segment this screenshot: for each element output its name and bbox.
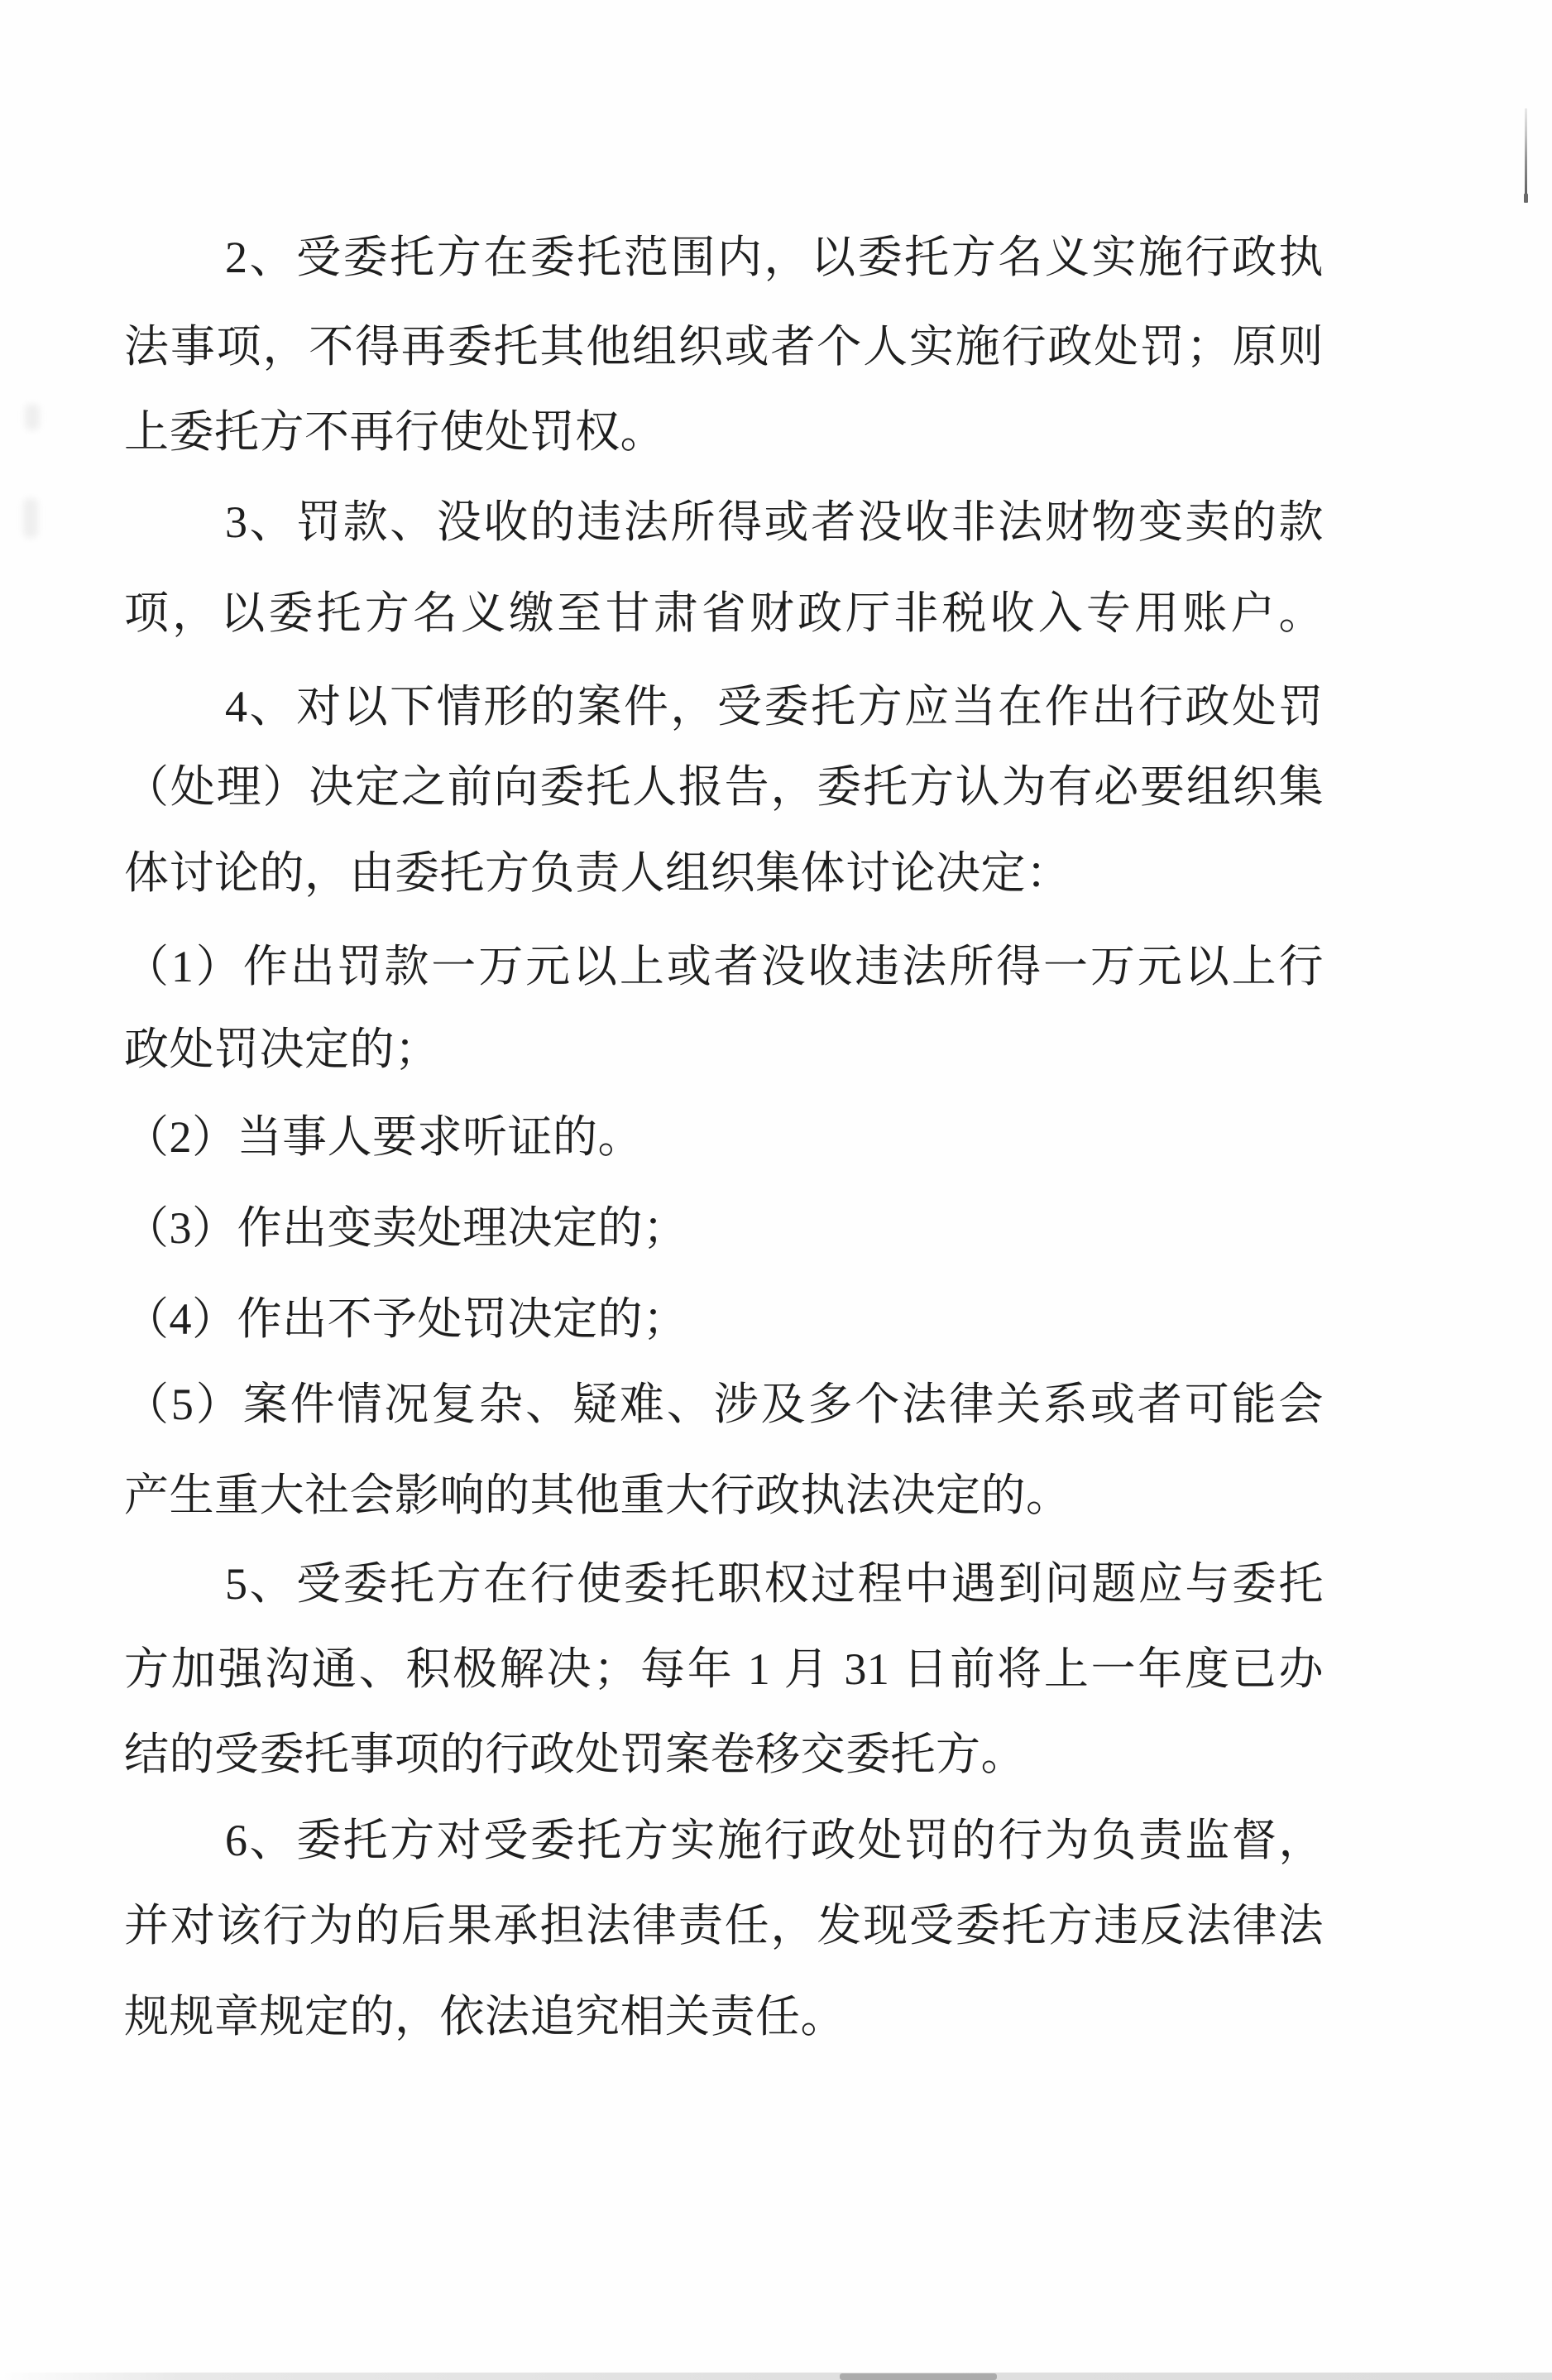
text-line-9: （1）作出罚款一万元以上或者没收违法所得一万元以上行 [124, 941, 1324, 992]
text-line-17: 方加强沟通、积极解决；每年 1 月 31 日前将上一年度已办 [124, 1643, 1324, 1695]
text-line-20: 并对该行为的后果承担法律责任，发现受委托方违反法律法 [124, 1900, 1324, 1951]
scan-artifact-bottom-edge [0, 2373, 1552, 2380]
text-line-10: 政处罚决定的； [124, 1024, 1324, 1075]
scan-artifact-bottom-edge-dark-segment [840, 2373, 997, 2380]
text-line-6: 4、对以下情形的案件，受委托方应当在作出行政处罚 [124, 681, 1324, 732]
text-line-12: （3）作出变卖处理决定的； [124, 1202, 1324, 1254]
text-line-3: 上委托方不再行使处罚权。 [124, 406, 1324, 458]
text-line-15: 产生重大社会影响的其他重大行政执法决定的。 [124, 1470, 1324, 1521]
text-line-5: 项，以委托方名义缴至甘肃省财政厅非税收入专用账户。 [124, 588, 1324, 639]
text-line-1: 2、受委托方在委托范围内，以委托方名义实施行政执 [124, 232, 1324, 283]
scan-artifact-left-smudge-1 [25, 404, 40, 430]
scan-artifact-left-smudge-2 [23, 498, 38, 538]
text-line-21: 规规章规定的，依法追究相关责任。 [124, 1991, 1324, 2042]
scan-artifact-vertical-line-cap [1524, 194, 1528, 203]
text-line-16: 5、受委托方在行使委托职权过程中遇到问题应与委托 [124, 1558, 1324, 1610]
scanned-document-page: { "page": { "paper_color": "#fefefe", "i… [0, 0, 1552, 2380]
page-background: 2、受委托方在委托范围内，以委托方名义实施行政执 法事项，不得再委托其他组织或者… [0, 0, 1552, 2380]
text-line-2: 法事项，不得再委托其他组织或者个人实施行政处罚；原则 [124, 321, 1324, 372]
text-line-8: 体讨论的，由委托方负责人组织集体讨论决定： [124, 847, 1324, 899]
text-line-7: （处理）决定之前向委托人报告，委托方认为有必要组织集 [124, 761, 1324, 813]
text-line-11: （2）当事人要求听证的。 [124, 1111, 1324, 1163]
text-line-18: 结的受委托事项的行政处罚案卷移交委托方。 [124, 1729, 1324, 1780]
text-line-13: （4）作出不予处罚决定的； [124, 1293, 1324, 1345]
text-line-4: 3、罚款、没收的违法所得或者没收非法财物变卖的款 [124, 497, 1324, 548]
scan-artifact-vertical-line [1525, 108, 1527, 202]
text-line-19: 6、委托方对受委托方实施行政处罚的行为负责监督， [124, 1815, 1324, 1866]
text-line-14: （5）案件情况复杂、疑难、涉及多个法律关系或者可能会 [124, 1379, 1324, 1430]
